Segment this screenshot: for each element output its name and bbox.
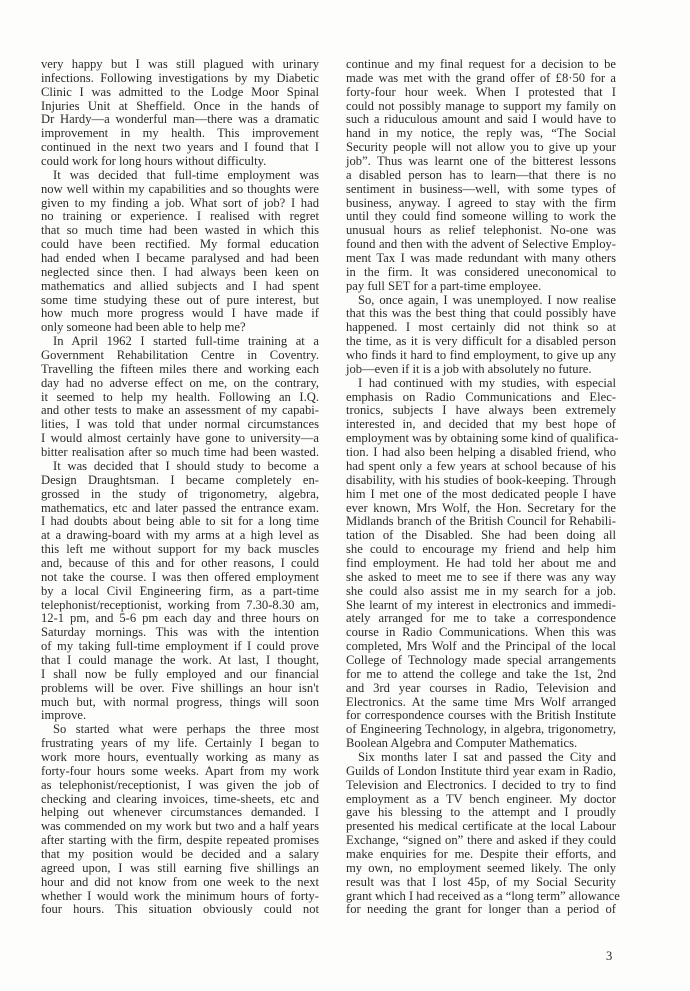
text-line: business, anyway. I agreed to stay with … xyxy=(346,197,616,211)
text-line: ately arranged for me to take a correspo… xyxy=(346,612,616,626)
text-line: hand in my notice, the reply was, “The S… xyxy=(346,127,616,141)
text-line: tion. I had also been helping a disabled… xyxy=(346,446,616,460)
text-line: Guilds of London Institute third year ex… xyxy=(346,765,616,779)
text-line: emphasis on Radio Communications and Ele… xyxy=(346,391,616,405)
text-line: grant which I had received as a “long te… xyxy=(346,890,616,904)
text-line: Exchange, “signed on” there and asked if… xyxy=(346,834,616,848)
text-line: gave his blessing to the attempt and I p… xyxy=(346,806,616,820)
text-line: interested in, and decided that my best … xyxy=(346,418,616,432)
text-line: and 3rd year courses in Radio, Televisio… xyxy=(346,682,616,696)
text-line: that so much time had been wasted in whi… xyxy=(41,224,319,238)
text-line: frustrating years of my life. Certainly … xyxy=(41,737,319,751)
text-line: helping out whenever circumstances deman… xyxy=(41,806,319,820)
text-line: hour and did not know from one week to t… xyxy=(41,876,319,890)
text-line: So started what were perhaps the three m… xyxy=(41,723,319,737)
text-line: the time, as it is very difficult for a … xyxy=(346,335,616,349)
text-line: Government Rehabilitation Centre in Cove… xyxy=(41,349,319,363)
text-line: find employment. He had told her about m… xyxy=(346,557,616,571)
text-line: result was that I lost 45p, of my Social… xyxy=(346,876,616,890)
text-line: ment Tax I was made redundant with many … xyxy=(346,252,616,266)
text-line: forty-four hour week. When I protested t… xyxy=(346,86,616,100)
text-line: Dr Hardy—a wonderful man—there was a dra… xyxy=(41,113,319,127)
text-line: I would almost certainly have gone to un… xyxy=(41,432,319,446)
text-line: tation of the Disabled. She had been doi… xyxy=(346,529,616,543)
text-line: for needing the grant for longer than a … xyxy=(346,903,616,917)
text-line: So, once again, I was unemployed. I now … xyxy=(346,294,616,308)
text-line: such a riduculous amount and said I woul… xyxy=(346,113,616,127)
text-line: after starting with the firm, despite re… xyxy=(41,834,319,848)
text-line: agreed upon, I was still earning five sh… xyxy=(41,862,319,876)
text-line: him I met one of the most dedicated peop… xyxy=(346,488,616,502)
text-line: now well within my capabilities and so t… xyxy=(41,183,319,197)
text-line: my own, no employment seemed likely. The… xyxy=(346,862,616,876)
text-line: that I could manage the work. At last, I… xyxy=(41,654,319,668)
text-line: four hours. This situation obviously cou… xyxy=(41,903,319,917)
text-line: grossed in the study of trigonometry, al… xyxy=(41,488,319,502)
text-line: could not possibly manage to support my … xyxy=(346,100,616,114)
text-line: improve. xyxy=(41,709,319,723)
text-line: had spent only a few years at school bec… xyxy=(346,460,616,474)
text-line: as telephonist/receptionist, I was given… xyxy=(41,779,319,793)
text-line: Clinic I was admitted to the Lodge Moor … xyxy=(41,86,319,100)
text-line: Design Draughtsman. I became completely … xyxy=(41,474,319,488)
text-line: for me to attend the college and take th… xyxy=(346,668,616,682)
text-line: who finds it hard to find employment, to… xyxy=(346,349,616,363)
text-line: Saturday mornings. This was with the int… xyxy=(41,626,319,640)
text-line: work more hours, eventually working as m… xyxy=(41,751,319,765)
text-line: Six months later I sat and passed the Ci… xyxy=(346,751,616,765)
text-line: no training or experience. I realised wi… xyxy=(41,210,319,224)
text-line: unusual hours as relief telephonist. No-… xyxy=(346,224,616,238)
text-line: improvement in my health. This improveme… xyxy=(41,127,319,141)
text-line: I had continued with my studies, with es… xyxy=(346,377,616,391)
text-line: lities, I was told that under normal cir… xyxy=(41,418,319,432)
text-line: completed, Mrs Wolf and the Principal of… xyxy=(346,640,616,654)
left-column: very happy but I was still plagued with … xyxy=(41,58,319,917)
text-line: until they could find someone willing to… xyxy=(346,210,616,224)
page-number: 3 xyxy=(606,949,612,964)
text-line: continued in the next two years and I fo… xyxy=(41,141,319,155)
text-line: telephonist/receptionist, working from 7… xyxy=(41,599,319,613)
text-line: problems will be over. Five shillings an… xyxy=(41,682,319,696)
text-line: in the firm. It was considered uneconomi… xyxy=(346,266,616,280)
text-line: very happy but I was still plagued with … xyxy=(41,58,319,72)
text-line: she asked to meet me to see if there was… xyxy=(346,571,616,585)
document-page: very happy but I was still plagued with … xyxy=(0,0,690,991)
text-line: this left me without support for my back… xyxy=(41,543,319,557)
text-line: mathematics and allied subjects and I ha… xyxy=(41,280,319,294)
text-line: not take the course. I was then offered … xyxy=(41,571,319,585)
text-line: it seemed to help my health. Following a… xyxy=(41,391,319,405)
text-line: could have been rectified. My formal edu… xyxy=(41,238,319,252)
text-line: Security people will not allow you to gi… xyxy=(346,141,616,155)
right-column: continue and my final request for a deci… xyxy=(346,58,616,917)
text-line: forty-four hours some weeks. Apart from … xyxy=(41,765,319,779)
text-line: that this was the best thing that could … xyxy=(346,307,616,321)
text-line: employment as a TV bench engineer. My do… xyxy=(346,793,616,807)
text-line: I shall now be fully employed and our fi… xyxy=(41,668,319,682)
text-line: job—even if it is a job with absolutely … xyxy=(346,363,616,377)
text-line: neglected since then. I had always been … xyxy=(41,266,319,280)
text-line: of Engineering Technology, in algebra, t… xyxy=(346,723,616,737)
text-line: She learnt of my interest in electronics… xyxy=(346,599,616,613)
text-line: It was decided that I should study to be… xyxy=(41,460,319,474)
text-line: only someone had been able to help me? xyxy=(41,321,319,335)
text-line: continue and my final request for a deci… xyxy=(346,58,616,72)
text-line: mathematics, etc and later passed the en… xyxy=(41,502,319,516)
text-line: for correspondence courses with the Brit… xyxy=(346,709,616,723)
text-line: happened. I most certainly did not think… xyxy=(346,321,616,335)
text-line: Midlands branch of the British Council f… xyxy=(346,515,616,529)
text-line: checking and clearing invoices, time-she… xyxy=(41,793,319,807)
text-line: of my taking full-time employment if I c… xyxy=(41,640,319,654)
text-line: she could also assist me in my search fo… xyxy=(346,585,616,599)
text-line: Electronics. At the same time Mrs Wolf a… xyxy=(346,696,616,710)
text-line: at a drawing-board with my arms at a hig… xyxy=(41,529,319,543)
text-line: bitter realisation after so much time ha… xyxy=(41,446,319,460)
text-line: given to my finding a job. What sort of … xyxy=(41,197,319,211)
text-line: 12-1 pm, and 5-6 pm each day and three h… xyxy=(41,612,319,626)
text-line: In April 1962 I started full-time traini… xyxy=(41,335,319,349)
text-line: by a local Civil Engineering firm, as a … xyxy=(41,585,319,599)
text-line: Travelling the fifteen miles there and w… xyxy=(41,363,319,377)
text-line: Television and Electronics. I decided to… xyxy=(346,779,616,793)
text-line: It was decided that full-time employment… xyxy=(41,169,319,183)
text-line: had ended when I became paralysed and ha… xyxy=(41,252,319,266)
text-line: presented his medical certificate at the… xyxy=(346,820,616,834)
text-line: pay full SET for a part-time employee. xyxy=(346,280,616,294)
text-line: sentiment in business—well, with some ty… xyxy=(346,183,616,197)
text-line: Injuries Unit at Sheffield. Once in the … xyxy=(41,100,319,114)
text-line: was commended on my work but two and a h… xyxy=(41,820,319,834)
text-line: she could to encourage my friend and hel… xyxy=(346,543,616,557)
text-line: I had doubts about being able to sit for… xyxy=(41,515,319,529)
text-line: course in Radio Communications. When thi… xyxy=(346,626,616,640)
text-line: ever known, Mrs Wolf, the Hon. Secretary… xyxy=(346,502,616,516)
text-line: that my position would be decided and a … xyxy=(41,848,319,862)
text-line: Boolean Algebra and Computer Mathematics… xyxy=(346,737,616,751)
text-line: a disabled person has to learn—that ther… xyxy=(346,169,616,183)
text-line: disability, with his studies of book-kee… xyxy=(346,474,616,488)
text-line: and, because of this and for other reaso… xyxy=(41,557,319,571)
text-line: employment was by obtaining some kind of… xyxy=(346,432,616,446)
text-line: College of Technology made special arran… xyxy=(346,654,616,668)
text-line: some time studying these out of pure int… xyxy=(41,294,319,308)
text-line: job”. Thus was learnt one of the bittere… xyxy=(346,155,616,169)
text-line: make enquiries for me. Despite their eff… xyxy=(346,848,616,862)
text-line: made was met with the grand offer of £8·… xyxy=(346,72,616,86)
text-line: found and then with the advent of Select… xyxy=(346,238,616,252)
text-line: how much more progress would I have made… xyxy=(41,307,319,321)
text-line: whether I would work the minimum hours o… xyxy=(41,890,319,904)
text-line: infections. Following investigations by … xyxy=(41,72,319,86)
text-line: much but, with normal progress, things w… xyxy=(41,696,319,710)
text-line: tronics, subjects I have always been ext… xyxy=(346,404,616,418)
text-line: could work for long hours without diffic… xyxy=(41,155,319,169)
text-line: and other tests to make an assessment of… xyxy=(41,404,319,418)
text-line: day had no adverse effect on me, on the … xyxy=(41,377,319,391)
